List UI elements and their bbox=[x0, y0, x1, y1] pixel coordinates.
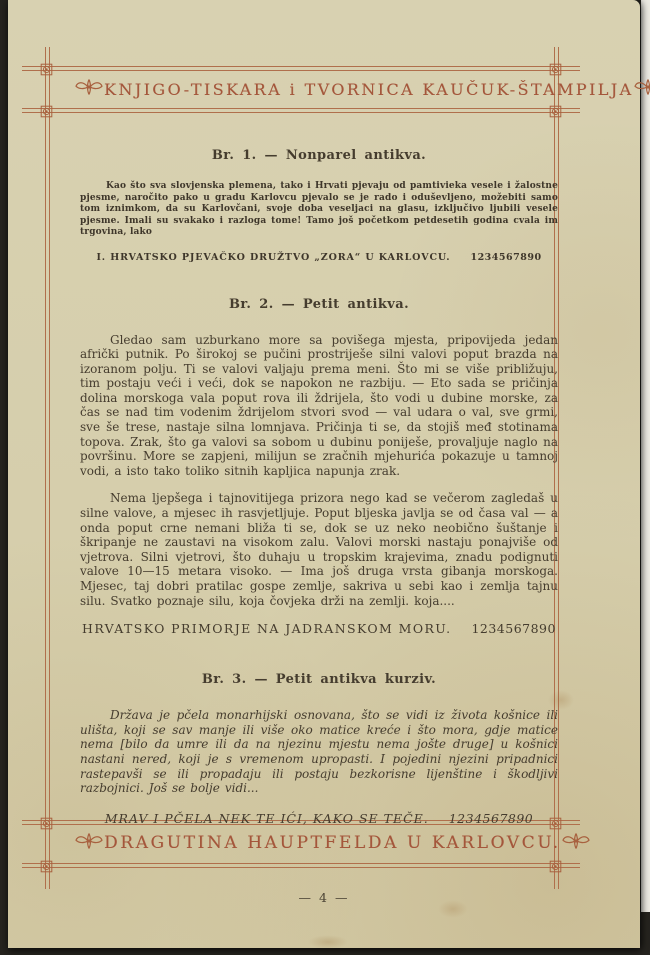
frame-rule-bottom-outer bbox=[22, 863, 580, 868]
section-3-specimen-line: MRAV I PČELA NEK TE IĆI, KAKO SE TEČE.12… bbox=[80, 811, 558, 826]
section-2-heading: Br. 2. — Petit antikva. bbox=[80, 297, 558, 312]
section-1-specimen-line: I. HRVATSKO PJEVAČKO DRUŽTVO „ZORA“ U KA… bbox=[80, 252, 558, 263]
scanned-page-photo: KNJIGO-TISKARA i TVORNICA KAUČUK-ŠTAMPIL… bbox=[0, 0, 650, 955]
specimen-text: HRVATSKO PRIMORJE NA JADRANSKOM MORU. bbox=[82, 621, 451, 636]
section-1-paragraph: Kao što sva slovjenska plemena, tako i H… bbox=[80, 181, 558, 239]
scan-background-edge bbox=[641, 0, 650, 912]
specimen-content: Br. 1. — Nonparel antikva. Kao što sva s… bbox=[80, 148, 558, 826]
section-2-specimen-line: HRVATSKO PRIMORJE NA JADRANSKOM MORU.123… bbox=[80, 621, 558, 636]
specimen-numerals: 1234567890 bbox=[429, 811, 534, 826]
frame-rule-left bbox=[45, 47, 50, 889]
fleur-ornament-icon bbox=[633, 77, 650, 101]
page-paper: KNJIGO-TISKARA i TVORNICA KAUČUK-ŠTAMPIL… bbox=[8, 0, 640, 948]
specimen-text: MRAV I PČELA NEK TE IĆI, KAKO SE TEČE. bbox=[105, 811, 429, 826]
section-3-paragraph: Država je pčela monarhijski osnovana, št… bbox=[80, 708, 558, 796]
bottom-banner: DRAGUTINA HAUPTFELDA U KARLOVCU. bbox=[22, 825, 580, 861]
specimen-numerals: 1234567890 bbox=[451, 621, 556, 636]
specimen-text: I. HRVATSKO PJEVAČKO DRUŽTVO „ZORA“ U KA… bbox=[96, 252, 450, 263]
printshop-name: KNJIGO-TISKARA i TVORNICA KAUČUK-ŠTAMPIL… bbox=[104, 80, 633, 99]
proprietor-name: DRAGUTINA HAUPTFELDA U KARLOVCU. bbox=[104, 833, 561, 853]
page-number: — 4 — bbox=[8, 890, 640, 905]
top-banner: KNJIGO-TISKARA i TVORNICA KAUČUK-ŠTAMPIL… bbox=[22, 71, 580, 107]
fleur-ornament-icon bbox=[74, 77, 104, 101]
fleur-ornament-icon bbox=[561, 831, 591, 855]
fleur-ornament-icon bbox=[74, 831, 104, 855]
section-2-paragraph-1: Gledao sam uzburkano more sa povišega mj… bbox=[80, 333, 558, 479]
age-spot bbox=[308, 935, 348, 949]
section-1-heading: Br. 1. — Nonparel antikva. bbox=[80, 148, 558, 163]
section-2-paragraph-2: Nema ljepšega i tajnovitijega prizora ne… bbox=[80, 491, 558, 608]
frame-rule-top-inner bbox=[22, 108, 580, 113]
specimen-numerals: 1234567890 bbox=[450, 252, 541, 263]
section-3-heading: Br. 3. — Petit antikva kurziv. bbox=[80, 672, 558, 687]
